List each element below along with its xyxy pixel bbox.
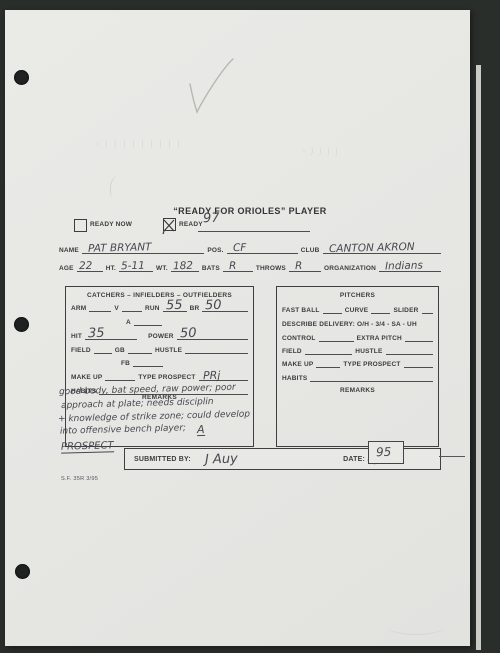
br-value-handwritten: 50 <box>205 299 222 312</box>
throws-blank: R <box>289 261 321 272</box>
ready-blank-line <box>198 231 310 232</box>
field-blank <box>94 343 112 354</box>
arm-v-label: V <box>114 306 119 313</box>
run-blank: 55 <box>163 301 187 312</box>
club-blank: CANTON AKRON <box>323 243 441 254</box>
throws-value-handwritten: R <box>295 260 303 271</box>
pos-value-handwritten: CF <box>233 242 247 253</box>
control-blank <box>319 331 354 342</box>
field-row: FIELD GB HUSTLE <box>71 343 248 354</box>
pitcher-habits-blank <box>310 371 433 382</box>
arm-blank <box>89 301 111 312</box>
fb-blank <box>133 356 163 367</box>
makeup-label: MAKE UP <box>71 375 102 382</box>
hit-blank: 35 <box>85 329 137 340</box>
form-number: S.F. 35R 3/95 <box>61 476 98 482</box>
describe-delivery-label: DESCRIBE DELIVERY: O/H - 3/4 - SA - UH <box>282 322 417 329</box>
arm-label: ARM <box>71 306 86 313</box>
br-blank: 50 <box>202 301 248 312</box>
ready-now-checkbox <box>74 219 87 232</box>
age-row: AGE 22 HT. 5-11 WT. 182 BATS R THROWS R … <box>59 256 441 272</box>
arm-a-label: A <box>126 320 131 327</box>
field-label: FIELD <box>71 348 91 355</box>
pitcher-field-row: FIELD HUSTLE <box>282 344 433 355</box>
name-row: NAME PAT BRYANT POS. CF CLUB CANTON AKRO… <box>59 238 441 254</box>
prospect-handwritten: PROSPECT <box>61 441 114 453</box>
pitcher-type-prospect-blank <box>404 357 433 368</box>
power-label: POWER <box>148 334 174 341</box>
wt-label: WT. <box>156 266 168 273</box>
under-sheet-edge <box>476 65 481 650</box>
hole-punch-middle <box>14 317 29 332</box>
age-label: AGE <box>59 266 74 273</box>
name-value-handwritten: PAT BRYANT <box>88 242 152 254</box>
ht-blank: 5-11 <box>119 261 153 272</box>
scanned-scouting-card: “READY FOR ORIOLES” PLAYER READY NOW REA… <box>5 10 470 646</box>
pitcher-habits-label: HABITS <box>282 376 307 383</box>
pitcher-field-blank <box>305 344 353 355</box>
date-year-box: 95 <box>368 441 404 464</box>
ht-label: HT. <box>106 266 116 273</box>
name-label: NAME <box>59 248 79 255</box>
br-label: BR <box>190 306 200 313</box>
pitchers-box: PITCHERS FAST BALL CURVE SLIDER DESCRIBE… <box>276 286 439 447</box>
club-label: CLUB <box>301 248 320 255</box>
extra-pitch-blank <box>405 331 433 342</box>
extra-pitch-label: EXTRA PITCH <box>357 336 402 343</box>
makeup-row: MAKE UP TYPE PROSPECT PRj <box>71 370 248 381</box>
pitcher-makeup-label: MAKE UP <box>282 362 313 369</box>
fb-label: FB <box>121 361 130 368</box>
arm-a-blank <box>134 315 162 326</box>
type-prospect-blank: PRj <box>199 370 248 381</box>
ready-now-label: READY NOW <box>90 222 132 229</box>
arm-a-row: A <box>126 315 193 326</box>
wt-blank: 182 <box>171 261 199 272</box>
scanned-photo-background: { "document": { "title": "\u201cREADY FO… <box>0 0 500 653</box>
pencil-smudge <box>93 140 183 148</box>
power-value-handwritten: 50 <box>179 327 196 340</box>
gb-blank <box>128 343 152 354</box>
fastball-row: FAST BALL CURVE SLIDER <box>282 303 433 314</box>
type-prospect-label: TYPE PROSPECT <box>138 375 195 382</box>
control-label: CONTROL <box>282 336 316 343</box>
pitcher-habits-row: HABITS <box>282 371 433 382</box>
age-value-handwritten: 22 <box>79 260 93 271</box>
pitcher-makeup-row: MAKE UP TYPE PROSPECT <box>282 357 433 368</box>
pencil-smudge <box>301 148 341 156</box>
hustle-blank <box>185 343 248 354</box>
fastball-blank <box>323 303 342 314</box>
organization-value-handwritten: Indians <box>385 260 423 271</box>
name-blank: PAT BRYANT <box>82 243 204 254</box>
date-year-handwritten: 95 <box>376 446 392 458</box>
pitchers-box-heading: PITCHERS <box>277 292 438 299</box>
age-blank: 22 <box>77 261 103 272</box>
club-value-handwritten: CANTON AKRON <box>328 241 414 254</box>
submitted-by-label: SUBMITTED BY: <box>134 456 191 463</box>
run-label: RUN <box>145 306 160 313</box>
pitcher-remarks-label: REMARKS <box>277 387 438 394</box>
organization-blank: Indians <box>379 261 441 272</box>
fb-row: FB <box>121 356 163 367</box>
pitcher-makeup-blank <box>316 357 340 368</box>
hole-punch-bottom <box>15 564 30 579</box>
delivery-row: DESCRIBE DELIVERY: O/H - 3/4 - SA - UH <box>282 317 433 328</box>
gb-label: GB <box>115 348 125 355</box>
pos-blank: CF <box>227 243 298 254</box>
submitted-by-signature: J Auy <box>205 452 238 466</box>
arm-v-blank <box>122 301 142 312</box>
position-box-heading: CATCHERS – INFIELDERS – OUTFIELDERS <box>66 292 253 299</box>
curve-blank <box>371 303 390 314</box>
bats-label: BATS <box>202 266 220 273</box>
pitcher-field-label: FIELD <box>282 349 302 356</box>
slider-label: SLIDER <box>393 308 418 315</box>
bats-blank: R <box>223 261 253 272</box>
checkbox-x-mark <box>161 218 176 234</box>
slider-blank <box>422 303 433 314</box>
ready-checkbox <box>163 218 176 231</box>
paper-crease-mark <box>387 618 445 635</box>
ht-value-handwritten: 5-11 <box>121 260 145 271</box>
ready-year-handwritten: 97 <box>203 212 220 225</box>
date-label: DATE: <box>343 456 365 463</box>
wt-value-handwritten: 182 <box>173 260 193 271</box>
run-value-handwritten: 55 <box>165 299 182 312</box>
ready-label: READY <box>179 222 203 229</box>
pos-label: POS. <box>207 248 223 255</box>
makeup-blank <box>105 370 135 381</box>
control-row: CONTROL EXTRA PITCH <box>282 331 433 342</box>
bats-value-handwritten: R <box>229 260 237 271</box>
grade-handwritten: A <box>197 424 205 436</box>
arm-row: ARM V RUN 55 BR 50 <box>71 301 248 312</box>
pencil-checkmark <box>183 56 239 122</box>
type-prospect-value-handwritten: PRj <box>202 370 220 381</box>
fastball-label: FAST BALL <box>282 308 320 315</box>
throws-label: THROWS <box>256 266 286 273</box>
hole-punch-top <box>14 70 29 85</box>
pencil-stray-mark <box>109 175 123 198</box>
hit-label: HIT <box>71 334 82 341</box>
power-blank: 50 <box>177 329 248 340</box>
hit-value-handwritten: 35 <box>88 327 105 340</box>
hit-row: HIT 35 POWER 50 <box>71 329 248 340</box>
pitcher-hustle-label: HUSTLE <box>355 349 382 356</box>
hustle-label: HUSTLE <box>155 348 182 355</box>
bar-trailing-line <box>439 456 465 457</box>
organization-label: ORGANIZATION <box>324 266 376 273</box>
form-title: “READY FOR ORIOLES” PLAYER <box>59 206 441 216</box>
pitcher-hustle-blank <box>386 344 434 355</box>
curve-label: CURVE <box>345 308 369 315</box>
pitcher-type-prospect-label: TYPE PROSPECT <box>343 362 400 369</box>
